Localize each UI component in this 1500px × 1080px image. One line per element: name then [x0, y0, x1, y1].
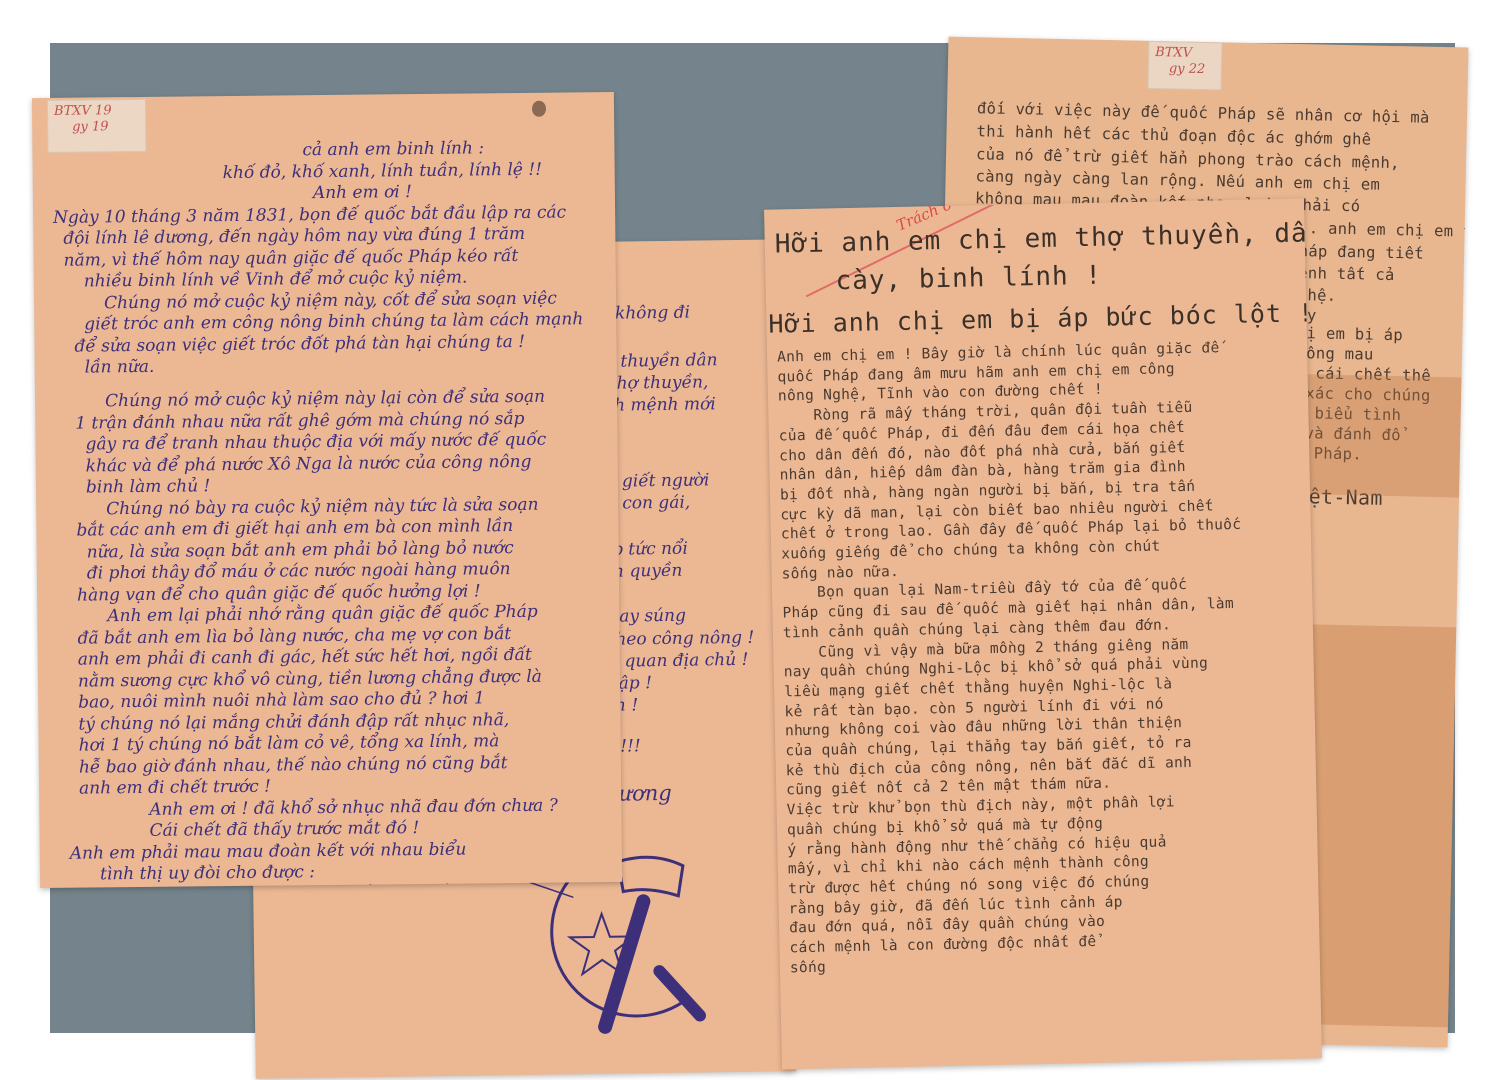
text-line: Anh em phải mau mau đoàn kết với nhau bi… [70, 839, 467, 863]
text-line: sống nào nữa. [782, 564, 900, 582]
text-line: binh làm chủ ! [86, 476, 211, 497]
text-line: nằm sương cực khổ vô cùng, tiền lương ch… [78, 666, 542, 691]
text-line: Cái chết đã thấy trước mắt đó ! [149, 818, 419, 841]
text-line: thi hành hết các thủ đoạn độc ác ghớm gh… [976, 122, 1371, 148]
text-line: cả anh em binh lính : [302, 138, 484, 160]
text-line: gây ra để tranh nhau thuộc địa với mấy n… [85, 430, 546, 455]
text-line: để sửa soạn việc giết tróc đốt phá tàn h… [74, 331, 525, 356]
text-line: hễ bao giờ đánh nhau, thế nào chúng nó c… [79, 753, 508, 777]
text-line: nhiều binh lính về Vinh để mở cuộc kỷ ni… [84, 268, 468, 292]
text-line: đau đớn quá, nỗi đây quần chúng vào [789, 914, 1105, 937]
text-line: khác và để phá nước Xô Nga là nước của c… [86, 451, 532, 476]
text-line: i theo công nông ! [598, 628, 755, 650]
document-left: BTXV 19 gy 19 cả anh em binh lính :khố đ… [32, 92, 622, 888]
text-line: sống [790, 959, 826, 976]
text-line: đội lính lê dương, đến ngày hôm nay vừa … [63, 224, 525, 249]
text-line: Chúng nó bày ra cuộc kỷ niệm này tức là … [106, 494, 539, 519]
text-line: rằng bây giờ, đã đến lúc tình cảnh áp [789, 894, 1123, 917]
text-line: anh em đi chết trước ! [79, 777, 271, 799]
text-line: lần nữa. [85, 357, 155, 378]
text-line: anh em phải đi canh đi gác, hết sức hết … [78, 645, 532, 670]
text-line: nữa, là sửa soạn bắt anh em phải bỏ làng… [87, 538, 514, 562]
archive-label: BTXV 19 gy 19 [47, 99, 147, 153]
text-line: hơi 1 tý chúng nó bắt làm cỏ vê, tổng xa… [79, 731, 500, 755]
text-line: quần chúng bị khổ sở quá mà tự động [787, 816, 1103, 839]
text-line: năm, vì thế hôm nay quân giặc đế quốc Ph… [63, 245, 518, 270]
text-line: Anh em ơi ! [313, 182, 412, 203]
text-line: đã bắt anh em lìa bỏ làng nước, cha mẹ v… [77, 624, 511, 649]
text-line: hàng vạn để cho quân giặc đế quốc hưởng … [77, 581, 481, 605]
text-line: cách mệnh là con đường độc nhất để [789, 934, 1096, 956]
text-line: ua quan địa chủ ! [598, 650, 749, 672]
text-line: Việc trừ khử bọn thù địch này, một phần … [786, 794, 1175, 818]
text-line: đối với việc này đế quốc Pháp sẽ nhân cơ… [977, 99, 1430, 126]
text-line: Anh em ơi ! đã khổ sở nhục nhã đau đớn c… [149, 795, 558, 819]
text-line: quốc Pháp đang âm mưu hãm anh em chị em … [777, 361, 1175, 385]
text-line: xuống giếng để cho chúng ta không còn ch… [781, 539, 1161, 563]
text-line: kẻ thù địch của công nông, nên bắt đắc d… [786, 755, 1193, 780]
ink-stain [532, 101, 546, 117]
text-line: ... anh em chị em ta ở Nghi-lộc [1289, 219, 1468, 243]
text-line: bao, nuôi mình nuôi nhà làm sao cho đủ ?… [78, 688, 485, 712]
heading-line-2: cày, binh lính ! [835, 261, 1102, 297]
text-line: Chúng nó mở cuộc kỷ niệm này, cốt để sửa… [104, 288, 557, 313]
text-line: bắt các anh em đi giết hại anh em bà con… [76, 516, 513, 541]
document-right-front: Trách ở ... Hỡi anh em chị em thợ thuyền… [764, 198, 1322, 1069]
text-line: 1 trận đánh nhau nữa rất ghê gớm mà chún… [75, 408, 524, 433]
heading-line-1: Hỡi anh em chị em thợ thuyền, dân [774, 218, 1321, 260]
text-line: Chúng nó mở cuộc kỷ niệm này lại còn để … [105, 387, 545, 412]
text-line: khố đỏ, khố xanh, lính tuần, lính lệ !! [223, 159, 543, 182]
text-line: nông Nghệ, Tĩnh vào con đường chết ! [778, 382, 1103, 405]
heading-line-3: Hỡi anh chị em bị áp bức bóc lột ! [768, 298, 1314, 338]
text-line: đi phơi thây đổ máu ở các nước ngoài hàn… [87, 559, 511, 583]
text-line: Pháp đang tiết [1289, 242, 1424, 263]
text-line: cũng giết nốt cả 2 tên mật thám nữa. [786, 776, 1111, 799]
text-line: tình thị uy đòi cho được : [100, 862, 315, 884]
archive-label: BTXV gy 22 [1147, 41, 1222, 91]
dark-stain-patch [1284, 374, 1461, 498]
text-line: Anh em lại phải nhớ rằng quân giặc đế qu… [107, 602, 538, 627]
text-line: tý chúng nó lại mắng chửi đánh đập rất n… [78, 710, 509, 735]
